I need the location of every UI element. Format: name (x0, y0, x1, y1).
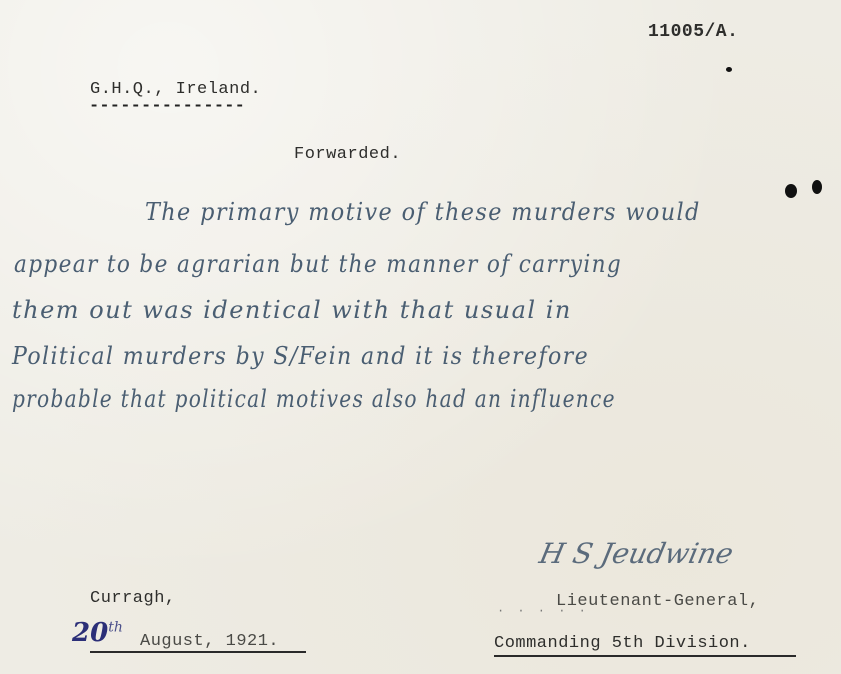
handwritten-line-1: The primary motive of these murders woul… (145, 198, 701, 226)
date-typed: August, 1921. (140, 632, 279, 651)
date-day-handwritten: 20th (72, 618, 123, 648)
signatory-title: Lieutenant-General, (556, 592, 759, 611)
date-underline (90, 651, 306, 653)
signatory-command: Commanding 5th Division. (494, 634, 751, 653)
command-underline (494, 655, 796, 657)
handwritten-line-5: probable that political motives also had… (12, 385, 616, 413)
handwritten-line-4: Political murders by S/Fein and it is th… (12, 342, 589, 370)
forwarded-heading: Forwarded. (294, 145, 401, 164)
place: Curragh, (90, 589, 176, 608)
handwritten-line-3: them out was identical with that usual i… (12, 296, 572, 324)
signature: H S Jeudwine (536, 537, 736, 570)
ink-blot (812, 180, 822, 194)
reference-number: 11005/A. (648, 22, 738, 42)
date-day-suffix: th (108, 619, 123, 635)
document-page: 11005/A. G.H.Q., Ireland. --------------… (0, 0, 841, 674)
ink-blot (785, 184, 797, 198)
handwritten-line-2: appear to be agrarian but the manner of … (14, 250, 622, 278)
addressee-underline: --------------- (89, 97, 245, 116)
ink-spot (726, 67, 732, 72)
date-day: 20 (72, 618, 108, 648)
